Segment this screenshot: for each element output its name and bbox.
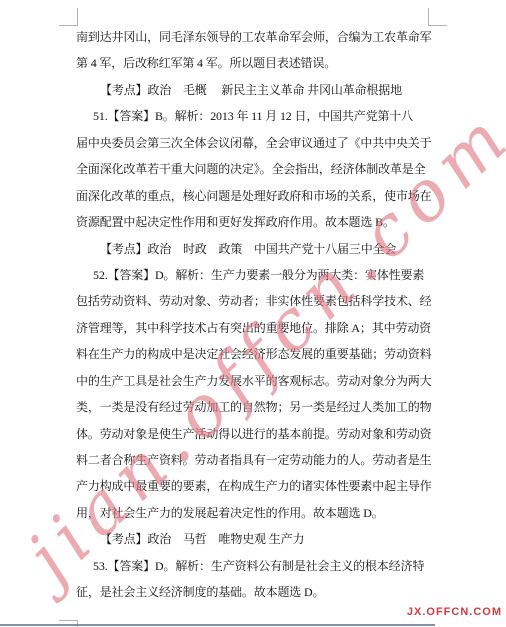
text-line: 全面深化改革若干重大问题的决定》。全会指出，经济体制改革是全 [76,156,433,182]
text-line: 资源配置中起决定性作用和更好发挥政府作用。故本题选 B。 [76,209,433,235]
text-line: 体。劳动对象是使生产活动得以进行的基本前提。劳动对象和劳动资 [76,421,433,447]
text-line: 南到达井冈山，同毛泽东领导的工农革命军会师，合编为工农革命军 [76,24,433,50]
text-line: 53.【答案】D。解析：生产资料公有制是社会主义的根本经济特 [76,553,433,579]
text-line: 济管理等，其中科学技术占有突出的重要地位。排除 A；其中劳动资 [76,315,433,341]
text-line: 届中央委员会第三次全体会议闭幕，全会审议通过了《中共中央关于 [76,130,433,156]
text-line: 包括劳动资料、劳动对象、劳动者；非实体性要素包括科学技术、经 [76,288,433,314]
text-line: 中的生产工具是社会生产力发展水平的客观标志。劳动对象分为两大 [76,368,433,394]
text-line: 第 4 军，后改称红军第 4 军。所以题目表述错误。 [76,50,433,76]
text-line: 面深化改革的重点，核心问题是处理好政府和市场的关系，使市场在 [76,183,433,209]
answer-explanations-text: 南到达井冈山，同毛泽东领导的工农革命军会师，合编为工农革命军第 4 军，后改称红… [76,24,433,606]
brand-label: JX.OFFCN.COM [407,606,502,618]
text-line: 【考点】政治 马哲 唯物史观 生产力 [76,526,433,552]
text-line: 征，是社会主义经济制度的基础。故本题选 D。 [76,579,433,605]
document-page: 南到达井冈山，同毛泽东领导的工农革命军会师，合编为工农革命军第 4 军，后改称红… [0,0,506,627]
text-line: 产力构成中最重要的要素，在构成生产力的诸实体性要素中起主导作 [76,473,433,499]
text-line: 料二者合称生产资料。劳动者指具有一定劳动能力的人。劳动者是生 [76,447,433,473]
text-line: 【考点】政治 毛概 新民主主义革命 井冈山革命根据地 [76,77,433,103]
text-line: 料在生产力的构成中是决定社会经济形态发展的重要基础；劳动资料 [76,341,433,367]
text-line: 【考点】政治 时政 政策 中国共产党十八届三中全会 [76,236,433,262]
bottom-divider-line [0,624,435,626]
text-line: 用，对社会生产力的发展起着决定性的作用。故本题选 D。 [76,500,433,526]
text-line: 52.【答案】D。解析：生产力要素一般分为两大类：实体性要素 [76,262,433,288]
text-line: 类，一类是没有经过劳动加工的自然物；另一类是经过人类加工的物 [76,394,433,420]
text-line: 51.【答案】B。解析：2013 年 11 月 12 日，中国共产党第十八 [76,103,433,129]
